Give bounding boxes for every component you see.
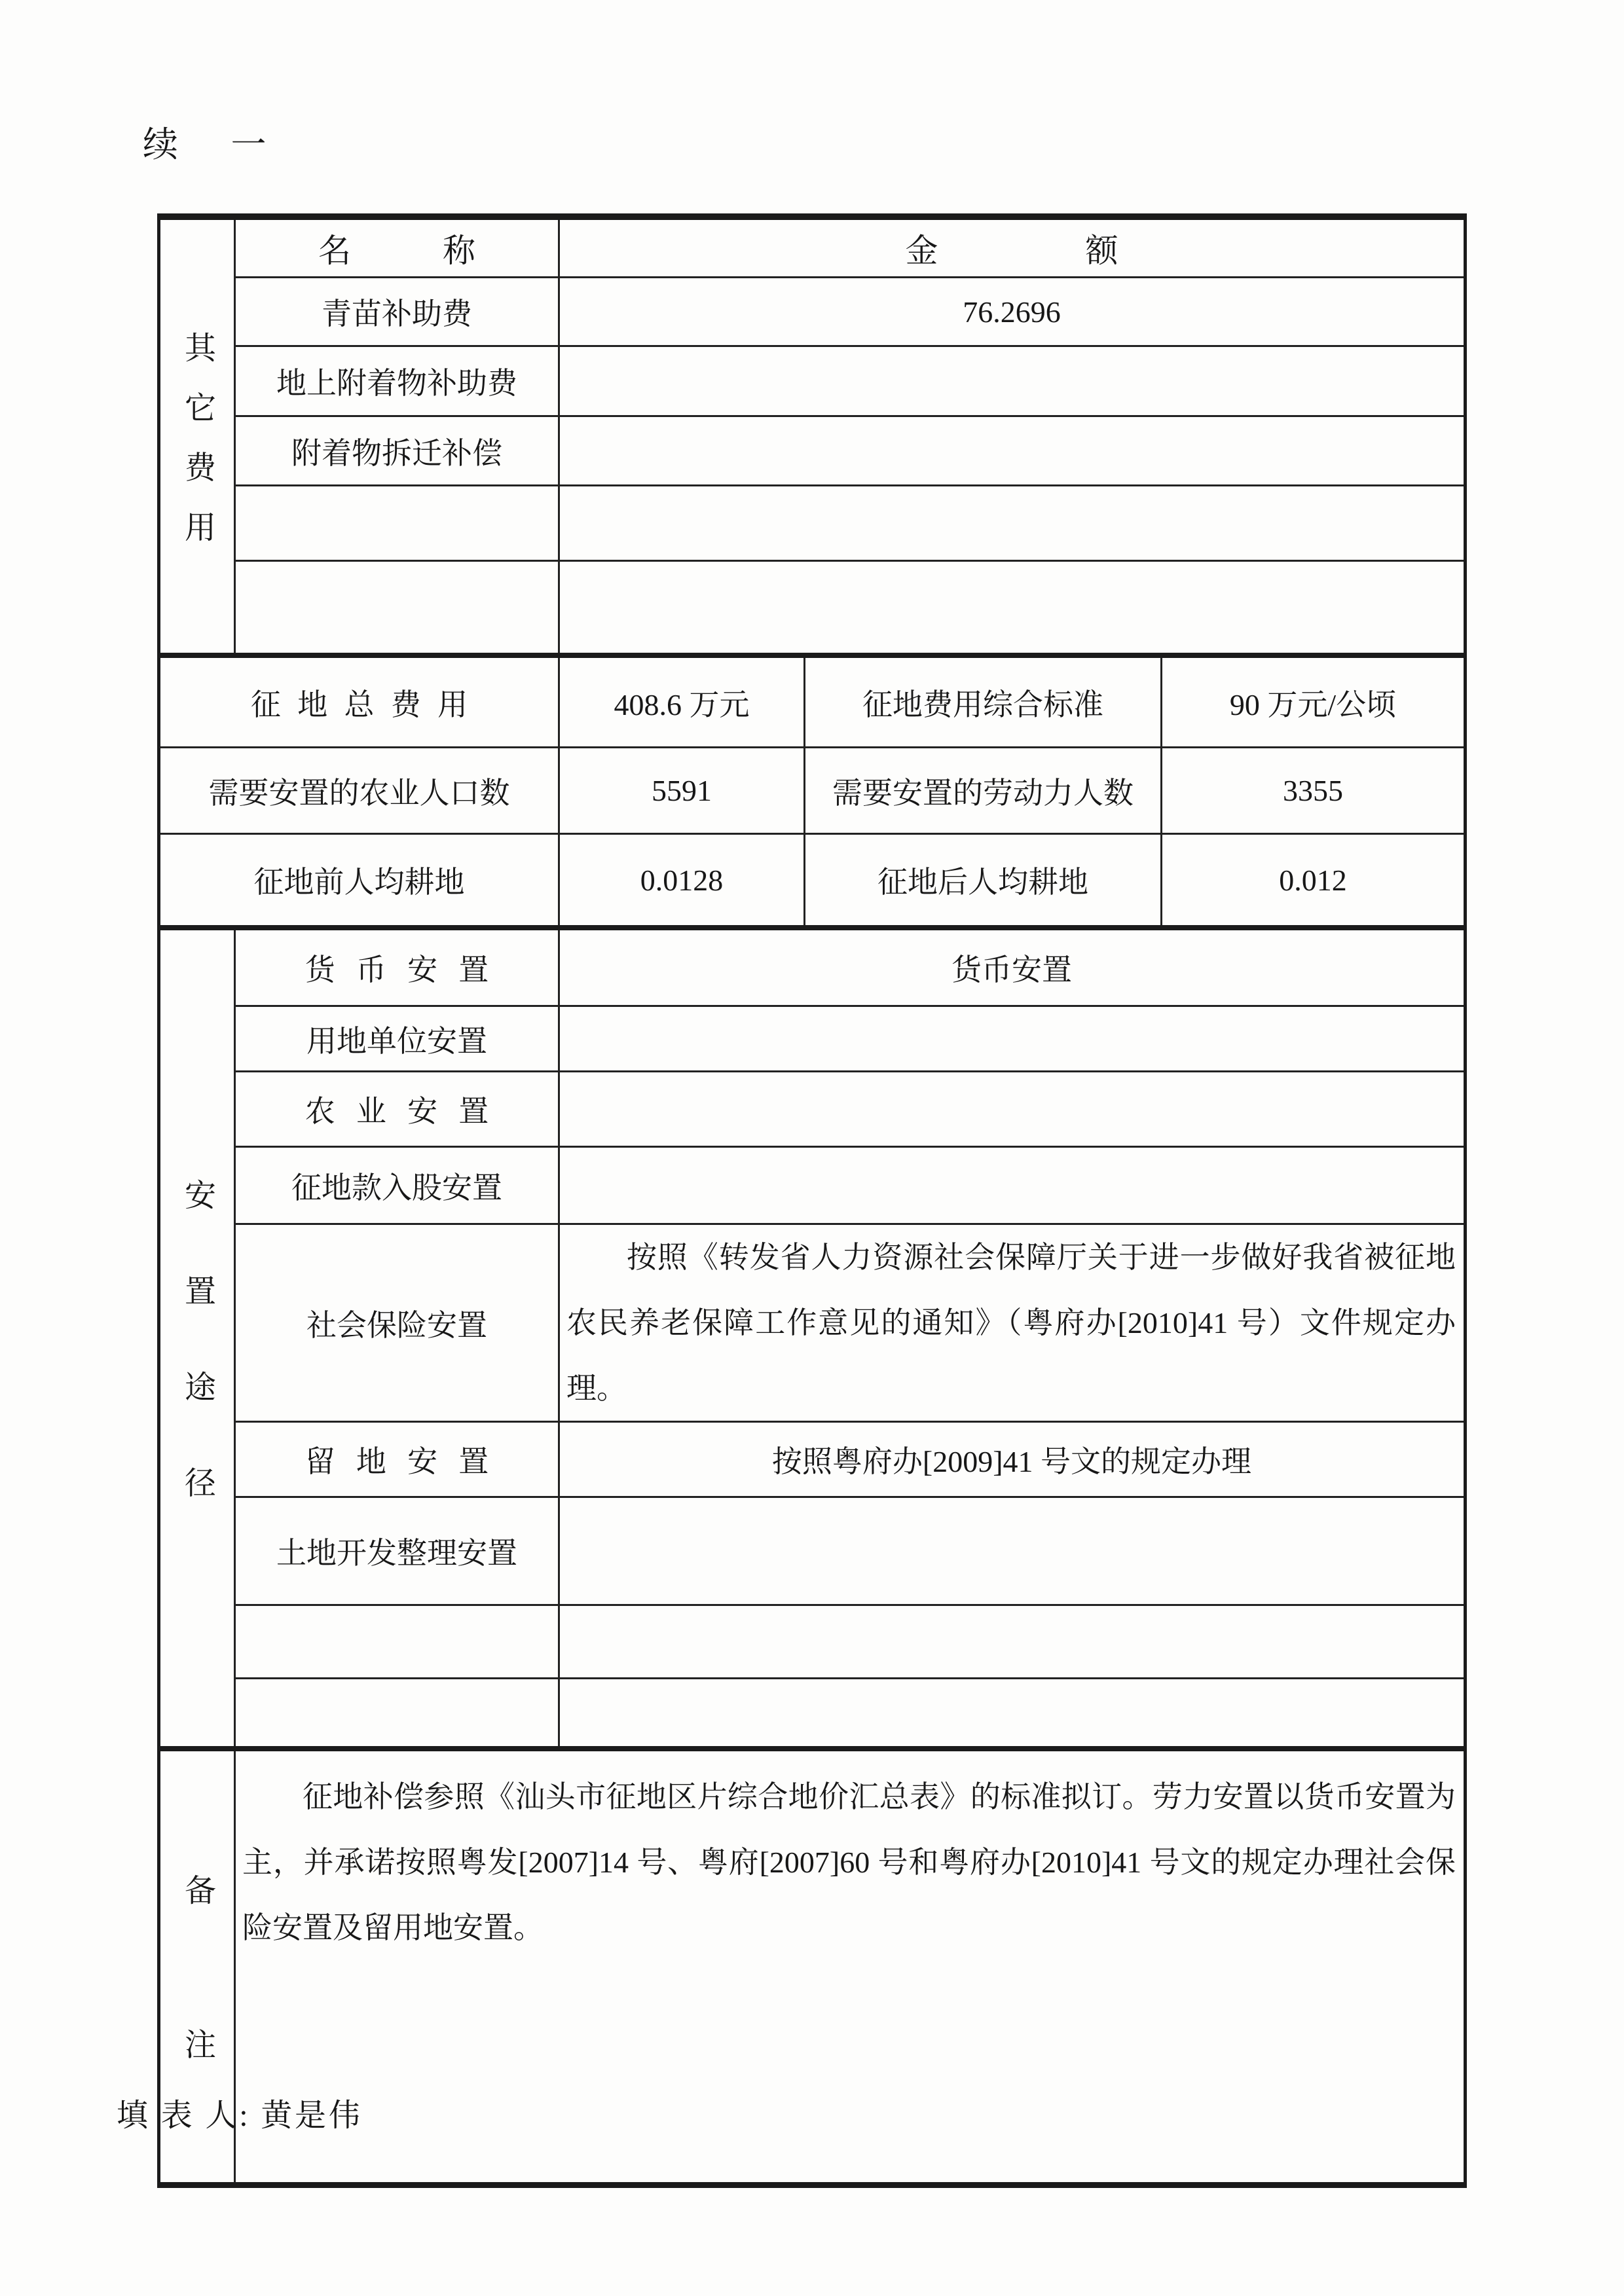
fee-amount-cell	[560, 417, 1464, 484]
continuation-label: 续 一	[143, 117, 288, 167]
resettlement-value-cell	[560, 1679, 1464, 1746]
resettlement-label-cell: 社会保险安置	[236, 1225, 560, 1421]
resettlement-rows: 货币安置 货币安置 用地单位安置 农业安置 征地款入股安置 社会保险安置	[236, 930, 1464, 1746]
table-row: 征地款入股安置	[236, 1148, 1464, 1225]
fee-name-cell	[236, 562, 560, 653]
fee-amount-cell	[560, 486, 1464, 560]
resettlement-section-header: 安置途径	[160, 930, 236, 1746]
resettlement-label-cell: 货币安置	[236, 930, 560, 1005]
summary-section: 征地总费用 408.6 万元 征地费用综合标准 90 万元/公顷 需要安置的农业…	[160, 658, 1464, 930]
table-row: 农业安置	[236, 1072, 1464, 1148]
fee-amount-cell: 76.2696	[560, 278, 1464, 345]
table-row	[236, 562, 1464, 653]
resettlement-value-cell	[560, 1148, 1464, 1223]
resettlement-vertical-label: 安置途径	[175, 1114, 220, 1562]
resettlement-label-cell: 征地款入股安置	[236, 1148, 560, 1223]
summary-value-cell: 90 万元/公顷	[1162, 658, 1464, 746]
scanned-form-page: 续 一 其它费用 名称 金额 青苗补助费 76.2696 地上附着物补助费	[0, 0, 1624, 2296]
summary-rows: 征地总费用 408.6 万元 征地费用综合标准 90 万元/公顷 需要安置的农业…	[160, 658, 1464, 925]
resettlement-label-cell	[236, 1679, 560, 1746]
table-row: 附着物拆迁补偿	[236, 417, 1464, 486]
table-row: 货币安置 货币安置	[236, 930, 1464, 1007]
resettlement-label-cell: 土地开发整理安置	[236, 1498, 560, 1604]
table-row	[236, 1606, 1464, 1679]
table-row: 征地前人均耕地 0.0128 征地后人均耕地 0.012	[160, 835, 1464, 925]
summary-label-cell: 征地费用综合标准	[805, 658, 1162, 746]
summary-value-cell: 0.012	[1162, 835, 1464, 925]
table-row: 征地补偿参照《汕头市征地区片综合地价汇总表》的标准拟订。劳力安置以货币安置为主，…	[236, 1751, 1464, 2032]
fee-name-cell: 青苗补助费	[236, 278, 560, 345]
resettlement-value-cell	[560, 1606, 1464, 1677]
resettlement-value-cell	[560, 1072, 1464, 1146]
summary-value-cell: 408.6 万元	[560, 658, 805, 746]
summary-label-cell: 征地前人均耕地	[160, 835, 560, 925]
other-fees-section-header: 其它费用	[160, 220, 236, 653]
table-row: 社会保险安置 按照《转发省人力资源社会保障厅关于进一步做好我省被征地农民养老保障…	[236, 1225, 1464, 1423]
summary-label-cell: 征地总费用	[160, 658, 560, 746]
resettlement-label-cell: 用地单位安置	[236, 1007, 560, 1070]
resettlement-value-cell: 货币安置	[560, 930, 1464, 1005]
other-fees-header-row: 名称 金额	[236, 220, 1464, 278]
resettlement-value-cell	[560, 1498, 1464, 1604]
remarks-rows: 征地补偿参照《汕头市征地区片综合地价汇总表》的标准拟订。劳力安置以货币安置为主，…	[236, 1751, 1464, 2182]
table-row: 青苗补助费 76.2696	[236, 278, 1464, 347]
form-filler-name: 填 表 人: 黄是伟	[117, 2090, 363, 2135]
summary-label-cell: 征地后人均耕地	[805, 835, 1162, 925]
table-row: 用地单位安置	[236, 1007, 1464, 1072]
resettlement-value-cell: 按照粤府办[2009]41 号文的规定办理	[560, 1423, 1464, 1496]
other-fees-vertical-label: 其它费用	[175, 303, 220, 570]
table-row: 土地开发整理安置	[236, 1498, 1464, 1606]
fee-amount-cell	[560, 347, 1464, 415]
other-fees-rows: 名称 金额 青苗补助费 76.2696 地上附着物补助费 附着物拆迁补偿	[236, 220, 1464, 653]
resettlement-label-cell: 留地安置	[236, 1423, 560, 1496]
land-acquisition-table: 其它费用 名称 金额 青苗补助费 76.2696 地上附着物补助费 附着物拆迁补…	[157, 213, 1467, 2188]
resettlement-label-cell	[236, 1606, 560, 1677]
remarks-text: 征地补偿参照《汕头市征地区片综合地价汇总表》的标准拟订。劳力安置以货币安置为主，…	[236, 1751, 1464, 2032]
table-row	[236, 486, 1464, 562]
fee-amount-cell	[560, 562, 1464, 653]
resettlement-value-cell	[560, 1007, 1464, 1070]
table-row: 征地总费用 408.6 万元 征地费用综合标准 90 万元/公顷	[160, 658, 1464, 748]
table-row: 地上附着物补助费	[236, 347, 1464, 417]
summary-value-cell: 5591	[560, 748, 805, 833]
name-column-header: 名称	[236, 220, 560, 276]
summary-label-cell: 需要安置的农业人口数	[160, 748, 560, 833]
summary-value-cell: 3355	[1162, 748, 1464, 833]
table-row: 留地安置 按照粤府办[2009]41 号文的规定办理	[236, 1423, 1464, 1498]
fee-name-cell	[236, 486, 560, 560]
resettlement-section: 安置途径 货币安置 货币安置 用地单位安置 农业安置 征地款入股安置	[160, 930, 1464, 1751]
fee-name-cell: 地上附着物补助费	[236, 347, 560, 415]
social-insurance-policy-text: 按照《转发省人力资源社会保障厅关于进一步做好我省被征地农民养老保障工作意见的通知…	[560, 1225, 1464, 1421]
resettlement-label-cell: 农业安置	[236, 1072, 560, 1146]
other-fees-section: 其它费用 名称 金额 青苗补助费 76.2696 地上附着物补助费 附着物拆迁补…	[160, 220, 1464, 658]
summary-value-cell: 0.0128	[560, 835, 805, 925]
amount-column-header: 金额	[560, 220, 1464, 276]
table-row: 需要安置的农业人口数 5591 需要安置的劳动力人数 3355	[160, 748, 1464, 835]
fee-name-cell: 附着物拆迁补偿	[236, 417, 560, 484]
table-row	[236, 1679, 1464, 1746]
summary-label-cell: 需要安置的劳动力人数	[805, 748, 1162, 833]
